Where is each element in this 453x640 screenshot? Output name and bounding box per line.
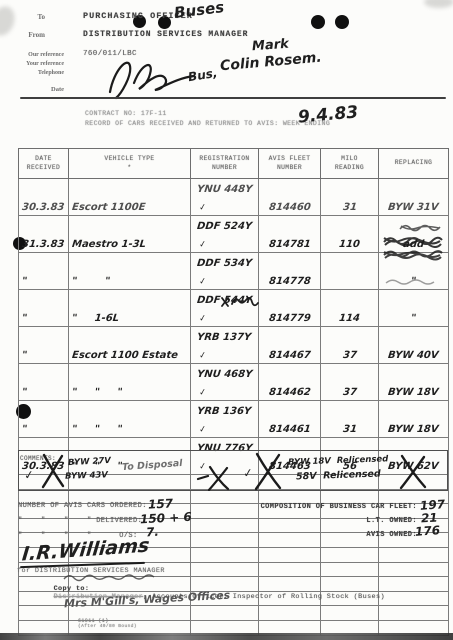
tick-icon: ✓ — [198, 351, 207, 362]
col-header-date-received: DATERECEIVED — [19, 149, 69, 179]
mark-note: Mark — [252, 37, 290, 55]
table-cell-empty — [321, 606, 379, 621]
col-header-milo-reading: MILOREADING — [321, 149, 379, 179]
ordered-label: NUMBER OF AVIS CARS ORDERED: — [18, 502, 147, 510]
fleet-label: COMPOSITION OF BUSINESS CAR FLEET: — [245, 503, 417, 511]
registration-value: DDF 524Y — [196, 221, 252, 232]
table-row: 30.3.83 Escort 1100E YNU 448Y✓ 814460 31… — [19, 179, 449, 216]
table-cell-empty — [379, 547, 449, 562]
vehicle-type-value: Escort 1100 Estate — [71, 350, 178, 361]
our-reference-label: Our reference — [0, 52, 64, 58]
mileage-value: 37 — [342, 387, 357, 398]
col-header-replacing: REPLACING — [379, 149, 449, 179]
replacing-value: BYW 31V — [388, 202, 440, 213]
telephone-label: Telephone — [0, 70, 64, 76]
table-cell-empty — [191, 562, 259, 577]
date-received-value: " — [21, 350, 27, 361]
letterhead-rule — [20, 97, 446, 99]
form-code-sub: (After 40/80 Bound) — [78, 624, 137, 629]
fleet-number-value: 814778 — [268, 276, 311, 287]
col-header-registration-number: REGISTRATIONNUMBER — [191, 149, 259, 179]
date-received-value: 31.3.83 — [21, 239, 65, 250]
table-cell-empty — [321, 562, 379, 577]
date-label: Date — [0, 86, 64, 93]
colin-note: Colin Rosem. — [219, 50, 322, 75]
date-received-value: 30.3.83 — [21, 202, 65, 213]
scan-smudge — [424, 0, 453, 8]
scan-edge-artifact — [0, 633, 453, 640]
table-cell-empty — [191, 489, 259, 504]
registration-value: DDF 534Y — [196, 258, 252, 269]
table-header-row: DATERECEIVED VEHICLE TYPE* REGISTRATIONN… — [19, 149, 449, 179]
table-cell-empty — [379, 606, 449, 621]
tick-icon: ✓ — [198, 240, 207, 251]
mileage-value: 37 — [342, 350, 357, 361]
lt-owned-label: L.T. OWNED: — [245, 517, 417, 525]
vehicle-type-value: " " " — [71, 424, 123, 435]
fleet-number-value: 814462 — [268, 387, 311, 398]
col-header-avis-fleet-number: AVIS FLEETNUMBER — [259, 149, 321, 179]
table-cell-empty — [259, 606, 321, 621]
tick-icon: ✓ — [198, 388, 207, 399]
from-value: DISTRIBUTION SERVICES MANAGER — [83, 30, 248, 39]
scribble — [218, 292, 260, 310]
tick-icon: ✓ — [198, 203, 207, 214]
x-mark-icon — [196, 464, 232, 491]
your-reference-label: Your reference — [0, 61, 64, 67]
scribble — [382, 234, 444, 248]
registration-value: YNU 448Y — [196, 184, 252, 195]
fleet-number-value: 814779 — [268, 313, 311, 324]
vehicle-type-value: Escort 1100E — [71, 202, 146, 213]
col-header-vehicle-type: VEHICLE TYPE* — [69, 149, 191, 179]
to-label: To — [20, 13, 45, 21]
table-cell-empty — [19, 606, 69, 621]
tick-icon: ✓ — [198, 277, 207, 288]
table-cell-empty — [191, 606, 259, 621]
week-ending-date: 9.4.83 — [297, 102, 359, 127]
bus-note: Bus, — [187, 66, 218, 84]
tick-icon: ✓ — [198, 314, 207, 325]
replacing-value: " — [410, 313, 416, 324]
copy-to-label: Copy to: — [54, 585, 90, 593]
table-cell-empty — [321, 547, 379, 562]
registration-value: YNU 468Y — [196, 369, 252, 380]
fleet-number-value: 814467 — [268, 350, 311, 361]
table-cell-empty — [259, 562, 321, 577]
scribble — [384, 276, 442, 288]
registration-value: YRB 137Y — [196, 332, 251, 343]
date-received-value: " — [21, 387, 27, 398]
vehicle-type-value: " 1-6L — [71, 313, 119, 324]
from-label: From — [13, 31, 45, 39]
avis-owned-label: AVIS OWNED: — [245, 531, 417, 539]
cars-table: DATERECEIVED VEHICLE TYPE* REGISTRATIONN… — [18, 148, 449, 636]
table-cell-empty — [379, 562, 449, 577]
mileage-value: 31 — [342, 202, 357, 213]
to-handwritten-note: Buses — [173, 0, 225, 22]
fleet-number-value: 814460 — [268, 202, 311, 213]
table-cell-empty — [259, 547, 321, 562]
tick-icon: ✓ — [23, 467, 35, 482]
fleet-number-value: 814781 — [268, 239, 311, 250]
date-received-value: " — [21, 276, 27, 287]
mileage-value: 114 — [338, 313, 360, 324]
table-row: " Escort 1100 Estate YRB 137Y✓ 814467 37… — [19, 327, 449, 364]
table-cell-empty — [321, 489, 379, 504]
vehicle-type-value: " " " — [71, 387, 123, 398]
table-row: " " " " YNU 468Y✓ 814462 37 BYW 18V — [19, 364, 449, 401]
scribble — [382, 248, 444, 261]
replacing-value: BYW 18V — [388, 424, 440, 435]
contract-number-line: CONTRACT NO: 17F-11 — [85, 110, 167, 117]
table-cell-empty — [379, 591, 449, 606]
hole-punch — [311, 15, 325, 29]
mileage-value: 110 — [338, 239, 360, 250]
replacing-value: BYW 18V — [388, 387, 440, 398]
vehicle-type-value: " " — [71, 276, 110, 287]
registration-value: YRB 136Y — [196, 406, 251, 417]
fleet-number-value: 814461 — [268, 424, 311, 435]
delivered-value: 150 + 6 — [140, 510, 192, 527]
table-cell-empty — [379, 577, 449, 592]
scanned-memo-document: To PURCHASING OFFICER Buses From DISTRIB… — [0, 0, 453, 640]
disposal-reg-2: BYW 43V — [65, 470, 108, 481]
mileage-value: 31 — [342, 424, 357, 435]
scribble — [398, 221, 443, 233]
table-body: 30.3.83 Escort 1100E YNU 448Y✓ 814460 31… — [19, 179, 449, 475]
hole-punch — [335, 15, 349, 29]
x-mark-icon — [253, 451, 283, 491]
date-received-value: " — [21, 313, 27, 324]
table-cell-empty — [259, 489, 321, 504]
replacing-value: BYW 40V — [388, 350, 440, 361]
record-line: RECORD OF CARS RECEIVED AND RETURNED TO … — [85, 120, 330, 127]
date-received-value: " — [21, 424, 27, 435]
avis-owned-value: 176 — [415, 523, 441, 539]
x-mark-icon — [398, 453, 428, 490]
ordered-value: 157 — [148, 496, 174, 511]
delivered-label: " " " " DELIVERED: — [18, 517, 142, 525]
table-cell-empty — [191, 547, 259, 562]
tick-icon: ✓ — [198, 425, 207, 436]
table-row: " " " " YRB 136Y✓ 814461 31 BYW 18V — [19, 401, 449, 438]
x-mark-icon — [40, 452, 66, 489]
vehicle-type-value: Maestro 1-3L — [71, 239, 146, 250]
